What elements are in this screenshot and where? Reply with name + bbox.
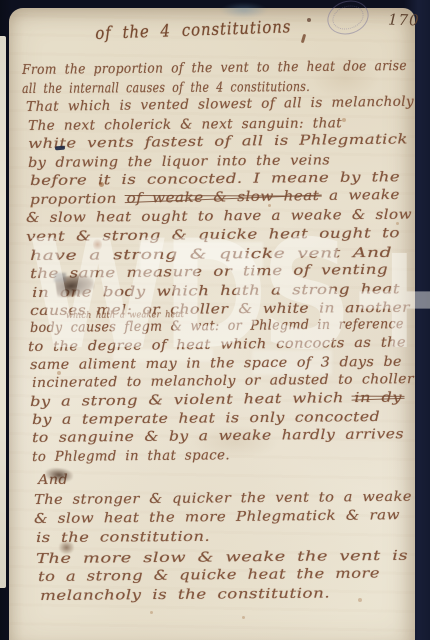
manuscript-line: The more slow & weake the vent is <box>36 548 408 567</box>
manuscript-line: And <box>38 472 68 488</box>
manuscript-line: & slow heat ought to have a weake & slow <box>26 207 412 226</box>
manuscript-line: The stronger & quicker the vent to a wea… <box>34 489 412 508</box>
manuscript-line: to the degree of heat which concocts as … <box>28 334 406 355</box>
manuscript-line: all the internall causes of the 4 consti… <box>22 79 310 97</box>
manuscript-line-text: by a strong & violent heat which <box>30 390 354 410</box>
manuscript-line: The next cholerick & next sanguin: that <box>28 115 342 134</box>
manuscript-line-text: proportion <box>30 191 127 208</box>
manuscript-line: is the constitution. <box>36 529 210 546</box>
manuscript-line: to Phlegmd in that space. <box>32 447 230 465</box>
manuscript-line: by a strong & violent heat which in dy <box>30 389 402 410</box>
struck-out-text: of weake & slow heat <box>126 188 319 207</box>
manuscript-line: in one body which hath a strong heat <box>32 281 400 301</box>
manuscript-line: vent & strong & quicke heat ought to <box>26 225 400 245</box>
manuscript-text: From the proportion of the vent to the h… <box>0 0 430 640</box>
manuscript-line: incinerated to melancholy or adusted to … <box>32 371 414 391</box>
manuscript-line: That which is vented slowest of all is m… <box>26 94 414 115</box>
manuscript-line: to a strong & quicke heat the more <box>38 565 380 585</box>
manuscript-line: to sanguine & by a weake hardly arrives <box>32 426 404 446</box>
manuscript-line: by a temperate heat is only concocted <box>32 409 380 428</box>
struck-out-text: in dy <box>354 389 402 406</box>
manuscript-line: melancholy is the constitution. <box>40 585 330 604</box>
manuscript-line: before it is concocted. I meane by the <box>30 169 400 189</box>
manuscript-line: have a strong & quicke vent And <box>30 245 392 264</box>
manuscript-line: From the proportion of the vent to the h… <box>22 58 407 78</box>
manuscript-line-text: a weake <box>319 187 400 204</box>
manuscript-line: by drawing the liquor into the veins <box>28 152 330 171</box>
manuscript-line: white vents fastest of all is Phlegmatic… <box>28 131 408 152</box>
manuscript-scan-photo: of the 4 constitutions 170 From the prop… <box>0 0 430 640</box>
manuscript-line: same aliment may in the space of 3 days … <box>30 354 402 373</box>
manuscript-line: body causes flegm & wat: or Phlegmd in r… <box>30 316 404 336</box>
manuscript-line: & slow heat the more Phlegmatick & raw <box>34 507 400 527</box>
manuscript-line: proportion of weake & slow heat a weake <box>30 187 400 208</box>
manuscript-line: the same measure or time of venting <box>30 262 388 282</box>
